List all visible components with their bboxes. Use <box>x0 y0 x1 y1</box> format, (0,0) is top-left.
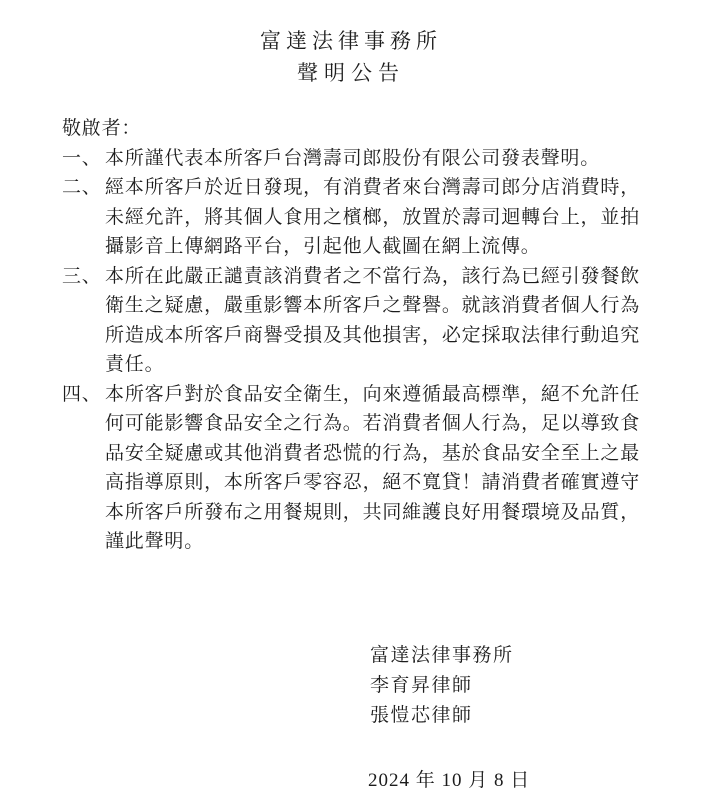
salutation: 敬啟者： <box>62 114 640 144</box>
statement-list: 一、 本所謹代表本所客戶台灣壽司郎股份有限公司發表聲明。 二、 經本所客戶於近日… <box>62 144 640 557</box>
signature-lawyer-1: 李育昇律師 <box>370 671 702 701</box>
statement-item-3-text: 本所在此嚴正譴責該消費者之不當行為，該行為已經引發餐飲衛生之疑慮，嚴重影響本所客… <box>105 262 640 380</box>
statement-item-2-number: 二、 <box>62 173 105 203</box>
statement-item-2-text: 經本所客戶於近日發現，有消費者來台灣壽司郎分店消費時，未經允許，將其個人食用之檳… <box>105 173 640 262</box>
document-subtitle: 聲明公告 <box>62 58 640 88</box>
signature-lawyer-2: 張愷芯律師 <box>370 701 702 731</box>
statement-item-2: 二、 經本所客戶於近日發現，有消費者來台灣壽司郎分店消費時，未經允許，將其個人食… <box>62 173 640 262</box>
statement-item-4-number: 四、 <box>62 380 105 410</box>
statement-item-1-number: 一、 <box>62 144 105 174</box>
statement-item-4-text: 本所客戶對於食品安全衛生，向來遵循最高標準，絕不允許任何可能影響食品安全之行為。… <box>105 380 640 557</box>
document-date: 2024 年 10 月 8 日 <box>368 769 702 789</box>
statement-item-4: 四、 本所客戶對於食品安全衛生，向來遵循最高標準，絕不允許任何可能影響食品安全之… <box>62 380 640 557</box>
signature-block: 富達法律事務所 李育昇律師 張愷芯律師 <box>370 641 702 731</box>
signature-firm-name: 富達法律事務所 <box>370 641 702 671</box>
document-title: 富達法律事務所 <box>62 24 640 58</box>
statement-document-page: 富達法律事務所 聲明公告 敬啟者： 一、 本所謹代表本所客戶台灣壽司郎股份有限公… <box>0 0 702 789</box>
document-header: 富達法律事務所 聲明公告 <box>62 24 640 88</box>
statement-item-3-number: 三、 <box>62 262 105 292</box>
statement-item-1-text: 本所謹代表本所客戶台灣壽司郎股份有限公司發表聲明。 <box>105 144 640 174</box>
statement-item-3: 三、 本所在此嚴正譴責該消費者之不當行為，該行為已經引發餐飲衛生之疑慮，嚴重影響… <box>62 262 640 380</box>
statement-item-1: 一、 本所謹代表本所客戶台灣壽司郎股份有限公司發表聲明。 <box>62 144 640 174</box>
document-body: 敬啟者： 一、 本所謹代表本所客戶台灣壽司郎股份有限公司發表聲明。 二、 經本所… <box>62 114 640 557</box>
